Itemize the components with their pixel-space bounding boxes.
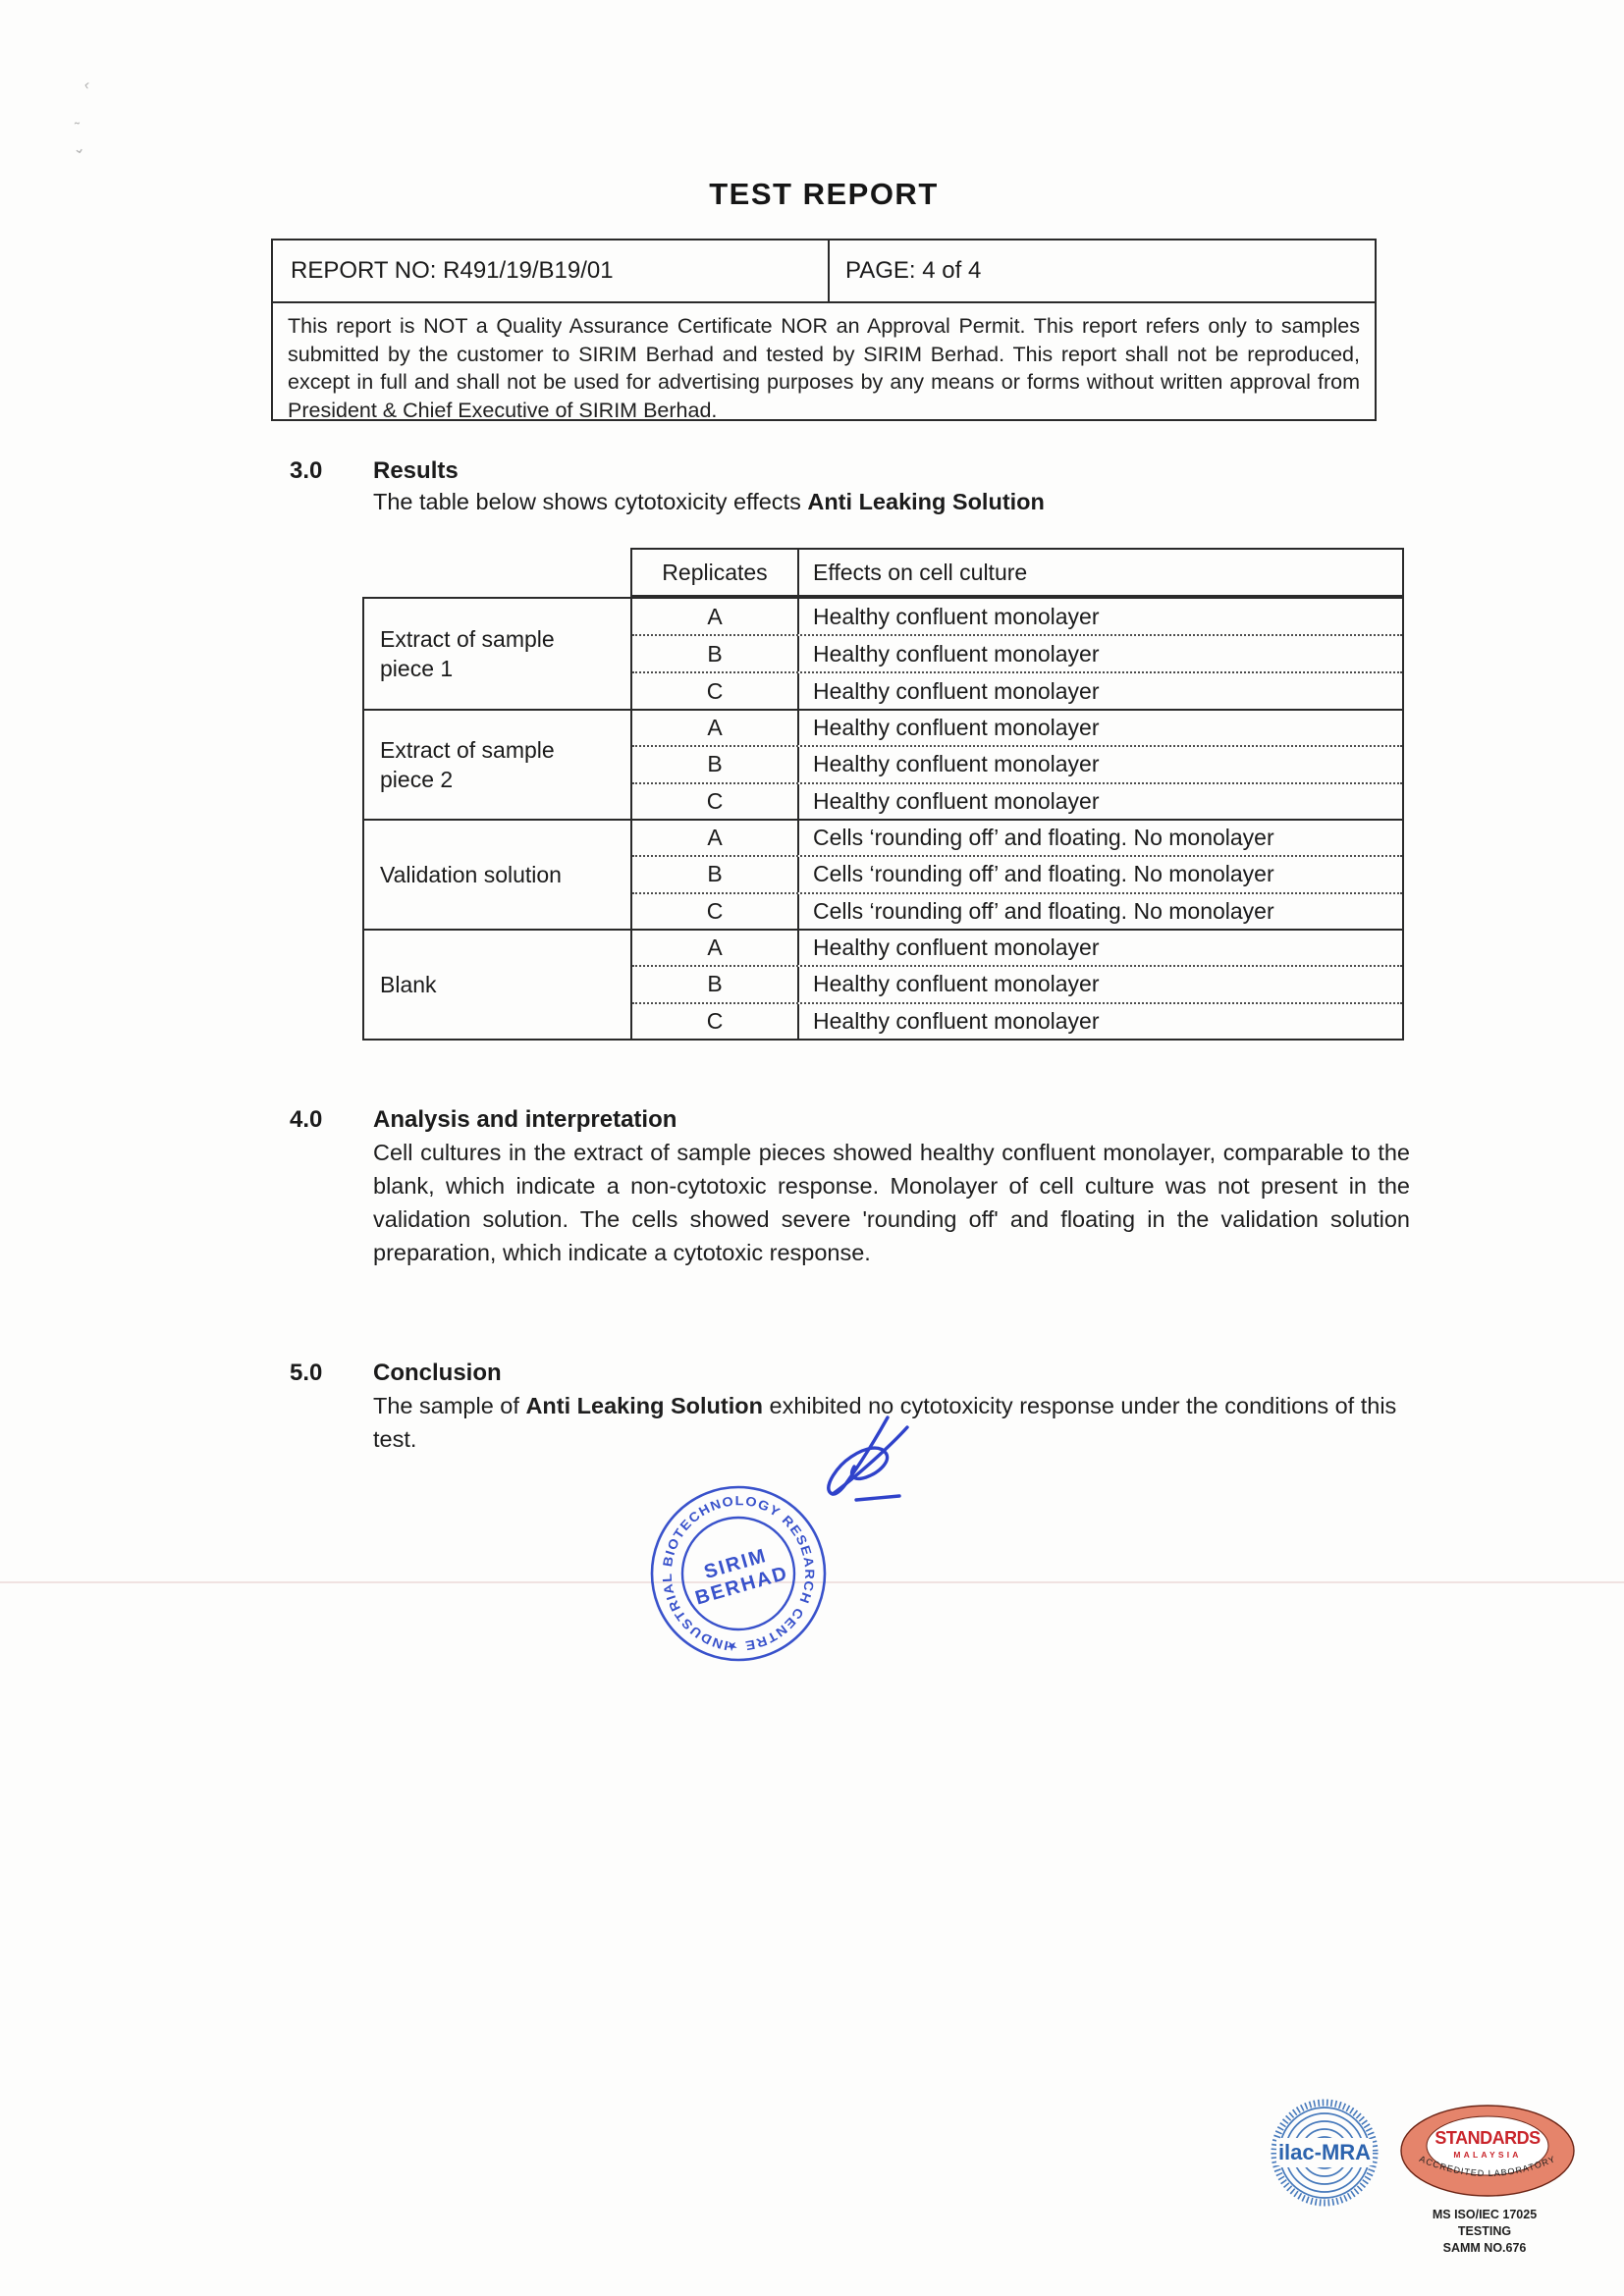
standards-subtitle: MALAYSIA <box>1453 2150 1521 2160</box>
group-label: Validation solution <box>364 821 632 929</box>
table-group-sample2: Extract of sample piece 2 A Healthy conf… <box>364 709 1402 819</box>
effect-cell: Cells ‘rounding off’ and floating. No mo… <box>799 821 1402 855</box>
report-header-table: REPORT NO: R491/19/B19/01 PAGE: 4 of 4 T… <box>271 239 1377 421</box>
standards-title: STANDARDS <box>1435 2128 1541 2148</box>
results-intro: The table below shows cytotoxicity effec… <box>373 489 1045 515</box>
table-group-blank: Blank A Healthy confluent monolayer B He… <box>364 929 1402 1039</box>
caption-line-iso: MS ISO/IEC 17025 <box>1386 2207 1583 2223</box>
replicate-cell: C <box>632 784 799 819</box>
replicate-cell: A <box>632 599 799 634</box>
replicate-cell: C <box>632 673 799 709</box>
column-header-replicates: Replicates <box>632 550 799 595</box>
group-rows: A Cells ‘rounding off’ and floating. No … <box>632 821 1402 929</box>
table-group-sample1: Extract of sample piece 1 A Healthy conf… <box>364 599 1402 709</box>
section-number-analysis: 4.0 <box>290 1106 322 1134</box>
replicate-cell: A <box>632 711 799 745</box>
table-row: C Healthy confluent monolayer <box>632 784 1402 819</box>
results-intro-bold: Anti Leaking Solution <box>807 489 1045 514</box>
section-heading-conclusion: Conclusion <box>373 1360 502 1387</box>
table-row: A Healthy confluent monolayer <box>632 599 1402 636</box>
table-row: A Healthy confluent monolayer <box>632 711 1402 747</box>
stamp-center-text: SIRIM BERHAD <box>686 1540 790 1609</box>
replicate-cell: A <box>632 931 799 965</box>
caption-line-samm: SAMM NO.676 <box>1386 2240 1583 2257</box>
analysis-paragraph: Cell cultures in the extract of sample p… <box>373 1136 1410 1269</box>
group-label: Extract of sample piece 1 <box>364 599 632 709</box>
section-heading-analysis: Analysis and interpretation <box>373 1106 677 1134</box>
results-intro-text: The table below shows cytotoxicity effec… <box>373 489 807 514</box>
table-group-validation: Validation solution A Cells ‘rounding of… <box>364 819 1402 929</box>
accreditation-caption: MS ISO/IEC 17025 TESTING SAMM NO.676 <box>1386 2207 1583 2257</box>
scanned-report-page: ‹ ˜ ⌄ TEST REPORT REPORT NO: R491/19/B19… <box>0 0 1624 2296</box>
replicate-cell: B <box>632 857 799 891</box>
section-number-conclusion: 5.0 <box>290 1360 322 1387</box>
pencil-mark: ˜ <box>75 120 80 136</box>
pencil-mark: ‹ <box>83 77 91 94</box>
group-label: Blank <box>364 931 632 1039</box>
disclaimer-text: This report is NOT a Quality Assurance C… <box>273 303 1375 424</box>
replicate-cell: B <box>632 747 799 781</box>
table-row: B Healthy confluent monolayer <box>632 967 1402 1003</box>
replicate-cell: C <box>632 1004 799 1039</box>
table-row: A Healthy confluent monolayer <box>632 931 1402 967</box>
table-row: B Cells ‘rounding off’ and floating. No … <box>632 857 1402 893</box>
page-indicator: PAGE: 4 of 4 <box>830 240 1375 301</box>
replicate-cell: B <box>632 967 799 1001</box>
table-row: C Healthy confluent monolayer <box>632 673 1402 709</box>
group-rows: A Healthy confluent monolayer B Healthy … <box>632 711 1402 819</box>
ilac-mra-logo: ilac-MRA <box>1267 2095 1382 2211</box>
effect-cell: Healthy confluent monolayer <box>799 1004 1402 1039</box>
table-row: C Healthy confluent monolayer <box>632 1004 1402 1039</box>
effect-cell: Healthy confluent monolayer <box>799 784 1402 819</box>
conclusion-text-before: The sample of <box>373 1393 525 1418</box>
results-table-body: Extract of sample piece 1 A Healthy conf… <box>362 597 1404 1041</box>
section-number-results: 3.0 <box>290 457 322 485</box>
effect-cell: Healthy confluent monolayer <box>799 931 1402 965</box>
group-label: Extract of sample piece 2 <box>364 711 632 819</box>
ilac-mra-wordmark: ilac-MRA <box>1278 2140 1371 2164</box>
effect-cell: Healthy confluent monolayer <box>799 967 1402 1001</box>
group-rows: A Healthy confluent monolayer B Healthy … <box>632 599 1402 709</box>
conclusion-bold: Anti Leaking Solution <box>525 1393 763 1418</box>
effect-cell: Healthy confluent monolayer <box>799 711 1402 745</box>
report-header-row: REPORT NO: R491/19/B19/01 PAGE: 4 of 4 <box>273 240 1375 303</box>
table-row: B Healthy confluent monolayer <box>632 747 1402 783</box>
replicate-cell: A <box>632 821 799 855</box>
effect-cell: Healthy confluent monolayer <box>799 636 1402 671</box>
pencil-mark: ⌄ <box>71 138 86 158</box>
signature-strokes <box>829 1417 907 1500</box>
replicate-cell: B <box>632 636 799 671</box>
group-rows: A Healthy confluent monolayer B Healthy … <box>632 931 1402 1039</box>
effect-cell: Cells ‘rounding off’ and floating. No mo… <box>799 857 1402 891</box>
effect-cell: Healthy confluent monolayer <box>799 673 1402 709</box>
page-title: TEST REPORT <box>271 177 1377 212</box>
standards-malaysia-logo: STANDARDS MALAYSIA ACCREDITED LABORATORY <box>1394 2102 1581 2204</box>
effect-cell: Cells ‘rounding off’ and floating. No mo… <box>799 894 1402 929</box>
results-table-header: Replicates Effects on cell culture <box>630 548 1404 597</box>
table-row: B Healthy confluent monolayer <box>632 636 1402 673</box>
table-row: C Cells ‘rounding off’ and floating. No … <box>632 894 1402 929</box>
section-heading-results: Results <box>373 457 459 485</box>
signature-underline <box>856 1496 899 1500</box>
column-header-effects: Effects on cell culture <box>799 550 1402 595</box>
caption-line-testing: TESTING <box>1386 2223 1583 2240</box>
effect-cell: Healthy confluent monolayer <box>799 747 1402 781</box>
report-number: REPORT NO: R491/19/B19/01 <box>273 240 830 301</box>
replicate-cell: C <box>632 894 799 929</box>
effect-cell: Healthy confluent monolayer <box>799 599 1402 634</box>
table-row: A Cells ‘rounding off’ and floating. No … <box>632 821 1402 857</box>
sirim-round-stamp: INDUSTRIAL BIOTECHNOLOGY RESEARCH CENTRE… <box>640 1475 837 1672</box>
